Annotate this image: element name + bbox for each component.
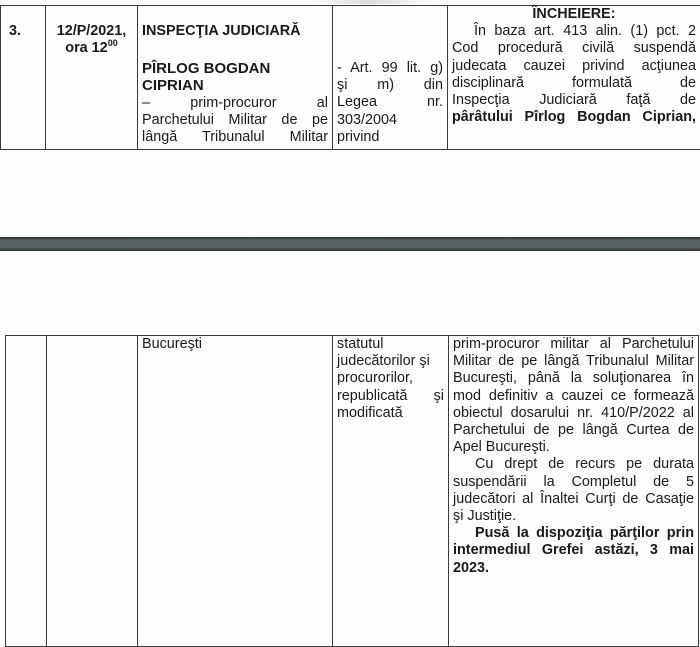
defendant-role-line: – prim-procuror al [142, 95, 328, 112]
legal-basis-line: republicată şi [337, 388, 444, 405]
hearing-time: ora 1200 [50, 40, 133, 57]
case-number: 12/P/2021, [50, 23, 133, 40]
parties-cell: Bucureşti [138, 336, 333, 647]
row-number-cell: 3. [1, 6, 46, 150]
legal-basis-line: şi m) din [337, 77, 443, 94]
ruling-cell: ÎNCHEIERE: În baza art. 413 alin. (1) pc… [448, 6, 700, 150]
legal-basis-line: Legea nr. [337, 94, 443, 111]
table-row: 3. 12/P/2021, ora 1200 INSPECŢIA JUDICIA… [1, 6, 700, 150]
defendant-continued: Bucureşti [142, 336, 328, 353]
legal-basis-line: judecătorilor şi [337, 353, 444, 370]
ruling-line: disciplinară formulată de [452, 75, 696, 92]
page-top: 3. 12/P/2021, ora 1200 INSPECŢIA JUDICIA… [0, 0, 700, 232]
row-number: 3. [9, 23, 41, 40]
page-separator [0, 237, 700, 251]
table-row: Bucureşti statutul judecătorilor şi proc… [6, 336, 699, 647]
plaintiff-name: INSPECŢIA JUDICIARĂ [142, 23, 328, 40]
legal-basis-cell: statutul judecătorilor şi procurorilor, … [333, 336, 449, 647]
parties-cell: INSPECŢIA JUDICIARĂ PÎRLOG BOGDAN CIPRIA… [138, 6, 333, 150]
ruling-line: judecata cauzei privind acţiunea [452, 58, 696, 75]
cases-table-top: 3. 12/P/2021, ora 1200 INSPECŢIA JUDICIA… [0, 5, 700, 150]
defendant-role-line: lângă Tribunalul Militar [142, 129, 328, 146]
ruling-availability: Pusă la dispoziţia părţilor prin interme… [453, 525, 694, 577]
ruling-cell: prim-procuror militar al Parchetului Mil… [449, 336, 699, 647]
legal-basis-cell: - Art. 99 lit. g) şi m) din Legea nr. 30… [333, 6, 448, 150]
legal-basis-line: - Art. 99 lit. g) [337, 60, 443, 77]
page-bottom: Bucureşti statutul judecătorilor şi proc… [0, 252, 700, 647]
ruling-paragraph: Cu drept de recurs pe durata suspendării… [453, 456, 694, 525]
ruling-line: În baza art. 413 alin. (1) pct. 2 [452, 23, 696, 40]
ruling-line-bold: pârâtului Pîrlog Bogdan Ciprian, [452, 109, 696, 126]
legal-basis-line: privind [337, 129, 443, 146]
ruling-line: Cod procedură civilă suspendă [452, 40, 696, 57]
cases-table-bottom: Bucureşti statutul judecătorilor şi proc… [5, 335, 699, 647]
previous-row-remnant [310, 0, 430, 4]
ruling-line: Inspecţia Judiciară faţă de [452, 92, 696, 109]
legal-basis-line: statutul [337, 336, 444, 353]
legal-basis-line: 303/2004 [337, 112, 443, 129]
ruling-paragraph: prim-procuror militar al Parchetului Mil… [453, 336, 694, 456]
row-number-cell [6, 336, 47, 647]
case-cell [47, 336, 138, 647]
defendant-role-line: Parchetului Militar de pe [142, 112, 328, 129]
case-cell: 12/P/2021, ora 1200 [46, 6, 138, 150]
ruling-heading: ÎNCHEIERE: [452, 6, 696, 23]
legal-basis-line: modificată [337, 405, 444, 422]
legal-basis-line: procurorilor, [337, 370, 444, 387]
defendant-name: PÎRLOG BOGDAN CIPRIAN [142, 60, 328, 94]
